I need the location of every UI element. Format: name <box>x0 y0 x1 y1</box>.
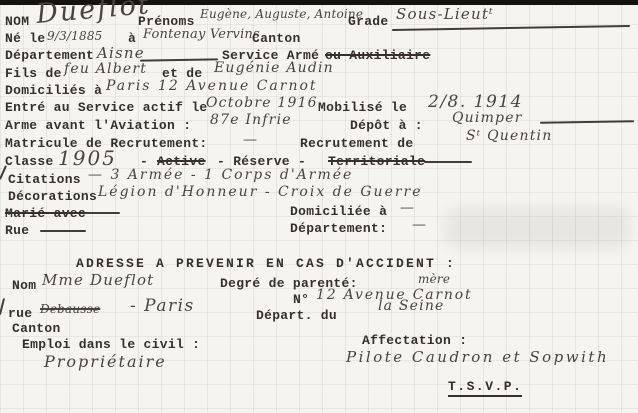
field-departement2-value: — <box>412 217 427 233</box>
field-depart2-label: Départ. du <box>256 308 337 323</box>
pen-stray-mark-citations <box>0 165 7 180</box>
field-arme-value: 87e Infrie <box>210 112 292 128</box>
pen-strike-territoriale-tail <box>424 161 472 163</box>
field-marie-struck-label: Marié avec <box>5 206 86 221</box>
pen-flourish-departement <box>140 58 218 61</box>
field-depart2-value: la Seine <box>378 298 445 314</box>
military-record-card: NOM Dueflot Prénoms Eugène, Auguste, Ant… <box>0 0 638 413</box>
field-emploi-label: Emploi dans le civil : <box>22 337 200 352</box>
field-lieu-value: Fontenay Vervins <box>143 27 260 42</box>
field-rue-label: Rue <box>5 223 29 238</box>
field-nom-label: NOM <box>5 14 29 29</box>
field-emploi-value: Propriétaire <box>44 352 167 371</box>
field-grade-label: Grade <box>348 14 389 29</box>
scan-blotch <box>445 208 630 248</box>
pen-stray-mark-rue <box>0 298 5 315</box>
pen-strike-marie-tail <box>84 212 120 214</box>
field-prenoms-value: Eugène, Auguste, Antoine <box>200 7 363 21</box>
field-depot-label: Dépôt à : <box>350 118 423 133</box>
field-nele-label: Né le <box>5 31 46 46</box>
field-canton2-label: Canton <box>12 321 61 336</box>
field-recrutement-value: Sᵗ Quentin <box>466 128 552 144</box>
field-decorations-value: Légion d'Honneur - Croix de Guerre <box>98 184 423 200</box>
field-filsde-label: Fils de <box>5 66 62 81</box>
field-rue2-value: - Paris <box>130 296 195 316</box>
field-recrutement-label: Recrutement de <box>300 136 413 151</box>
field-matricule-value: — <box>243 132 258 148</box>
field-degre-value: mère <box>418 272 450 286</box>
field-domiciliee-value: — <box>400 200 415 216</box>
field-domicilies-value: Paris 12 Avenue Carnot <box>106 78 318 94</box>
field-citations-label: Citations <box>8 172 81 187</box>
pen-dash-rue <box>40 230 86 232</box>
field-mere-value: Eugénie Audin <box>214 60 334 76</box>
field-rue2-label: rue <box>8 306 32 321</box>
pen-flourish-depot <box>540 120 634 124</box>
field-citations-value: — 3 Armée - 1 Corps d'Armée <box>88 167 353 183</box>
field-nom-value: Dueflot <box>35 0 152 30</box>
field-grade-value: Sous-Lieutᵗ <box>396 5 494 23</box>
accident-section-heading: ADRESSE A PREVENIR EN CAS D'ACCIDENT : <box>76 256 456 271</box>
field-arme-label: Arme avant l'Aviation : <box>5 118 191 133</box>
field-domicilies-label: Domiciliés à <box>5 83 102 98</box>
field-departement2-label: Département: <box>290 221 387 236</box>
pen-flourish-grade <box>392 25 630 31</box>
field-nele-value: 9/3/1885 <box>47 29 103 43</box>
field-canton-label: Canton <box>252 31 301 46</box>
field-affectation-value: Pilote Caudron et Sopwith <box>346 348 609 366</box>
field-classe-label: Classe <box>5 154 54 169</box>
field-entre-label: Entré au Service actif le <box>5 100 208 115</box>
field-departement-value: Aisne <box>97 44 145 62</box>
field-nom2-label: Nom <box>12 278 36 293</box>
tsvp-note: T.S.V.P. <box>448 379 522 397</box>
field-service-struck: ou Auxiliaire <box>325 48 430 63</box>
field-nom2-value: Mme Dueflot <box>42 271 154 289</box>
field-entre-value: Octobre 1916 <box>206 95 318 111</box>
field-pere-value: feu Albert <box>64 61 147 77</box>
field-domiciliee-label: Domiciliée à <box>290 204 387 219</box>
field-decorations-label: Décorations <box>8 189 97 204</box>
field-depot-value: Quimper <box>452 110 523 126</box>
field-mobilise-label: Mobilisé le <box>318 100 407 115</box>
field-mobilise-value: 2/8. 1914 <box>428 92 523 112</box>
field-no-label: N° <box>293 292 309 307</box>
field-affectation-label: Affectation : <box>362 333 467 348</box>
field-rue2-struck-value: Debausse <box>40 302 100 316</box>
